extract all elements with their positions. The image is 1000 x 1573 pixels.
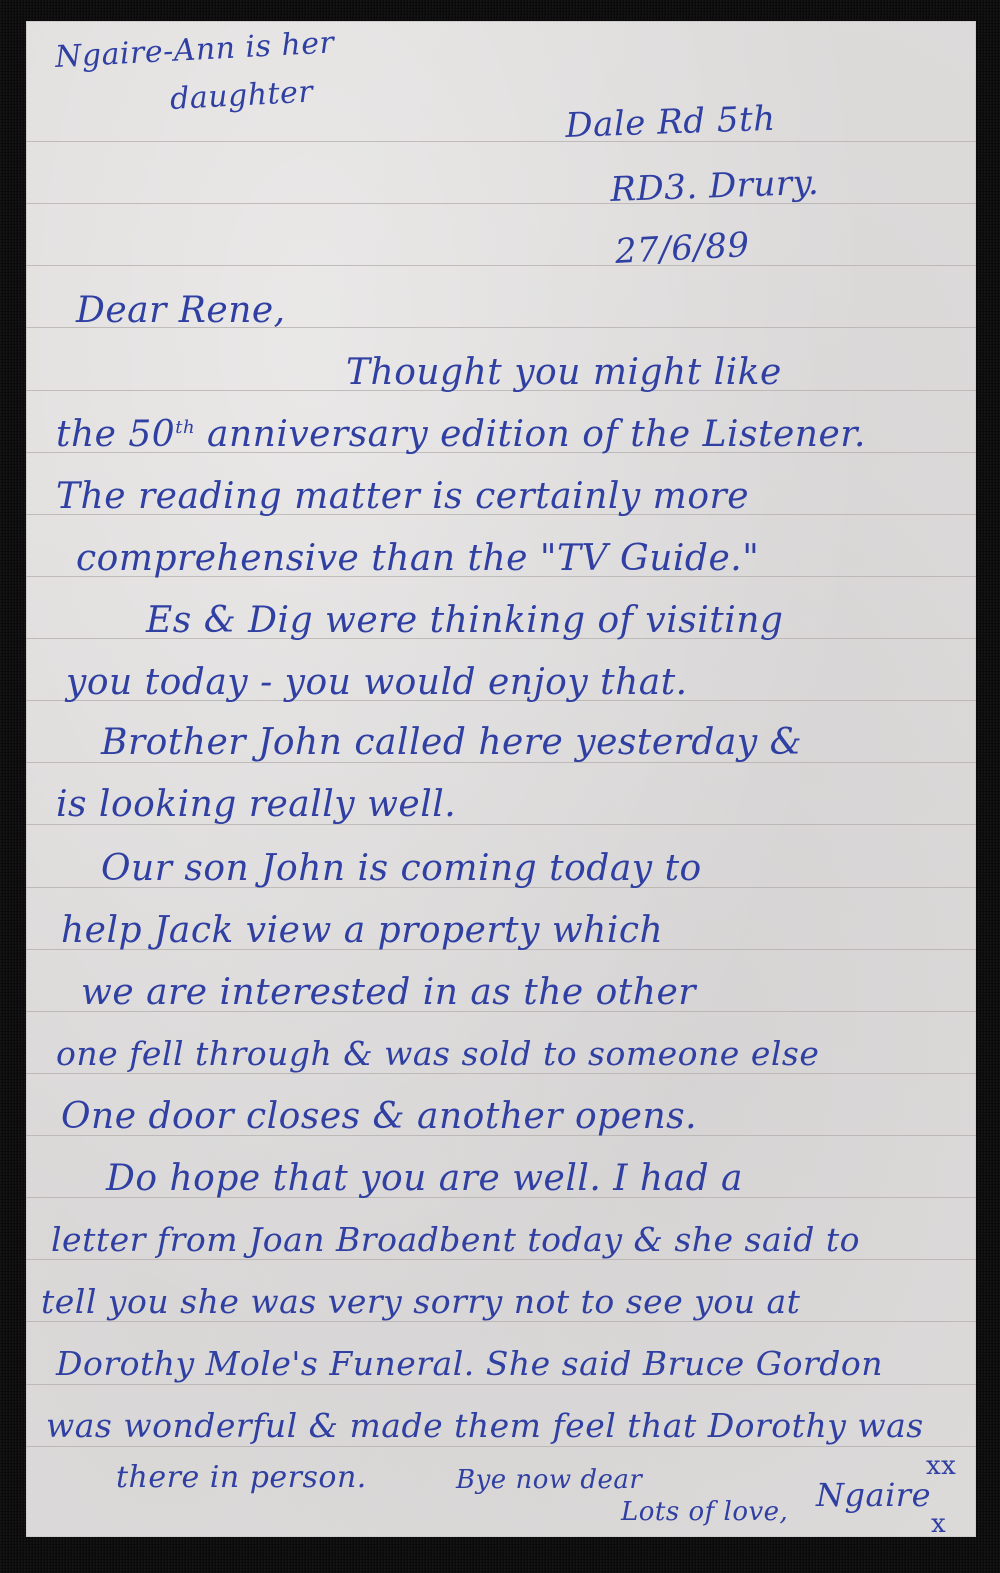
ruled-line [26, 1259, 976, 1260]
address-town: RD3. Drury. [610, 166, 820, 207]
body-line-19: there in person. [116, 1463, 367, 1493]
signature: Ngaire [816, 1479, 931, 1511]
body-line-7: Brother John called here yesterday & [101, 725, 802, 761]
closing-love: Lots of love, [621, 1499, 788, 1525]
ruled-line [26, 203, 976, 204]
margin-note-line-2: daughter [169, 78, 313, 115]
body-line-13: One door closes & another opens. [61, 1099, 697, 1135]
ruled-line [26, 1384, 976, 1385]
body-line-14: Do hope that you are well. I had a [106, 1161, 743, 1197]
letter-date: 27/6/89 [614, 228, 750, 269]
body-line-5: Es & Dig were thinking of visiting [146, 603, 783, 639]
body-line-11: we are interested in as the other [81, 975, 696, 1011]
address-street: Dale Rd 5th [565, 102, 776, 143]
body-line-16: tell you she was very sorry not to see y… [41, 1285, 800, 1318]
margin-note-line-1: Ngaire-Ann is her [54, 28, 335, 73]
ruled-line [26, 141, 976, 142]
body-line-8: is looking really well. [56, 787, 456, 823]
body-line-1: Thought you might like [346, 355, 782, 391]
body-line-9: Our son John is coming today to [101, 851, 702, 887]
ruled-line [26, 265, 976, 266]
body-line-2-start: the 50 [56, 414, 175, 455]
ruled-line [26, 1073, 976, 1074]
body-line-6: you today - you would enjoy that. [66, 665, 688, 701]
body-line-18: was wonderful & made them feel that Doro… [46, 1409, 924, 1442]
body-line-10: help Jack view a property which [61, 913, 663, 949]
closing-bye: Bye now dear [456, 1467, 642, 1493]
ordinal-suffix: th [175, 417, 195, 438]
salutation: Dear Rene, [76, 293, 286, 329]
ruled-line [26, 1321, 976, 1322]
body-line-17: Dorothy Mole's Funeral. She said Bruce G… [56, 1347, 883, 1380]
kiss-bottom: x [931, 1511, 946, 1537]
kisses-top: xx [926, 1453, 956, 1479]
body-line-4: comprehensive than the "TV Guide." [76, 541, 759, 577]
body-line-2-end: anniversary edition of the Listener. [207, 414, 866, 455]
body-line-15: letter from Joan Broadbent today & she s… [51, 1223, 860, 1256]
body-line-12: one fell through & was sold to someone e… [56, 1037, 819, 1070]
body-line-3: The reading matter is certainly more [56, 479, 749, 515]
body-line-2: the 50th anniversary edition of the List… [56, 417, 866, 453]
ruled-line [26, 1446, 976, 1447]
letter-page: Ngaire-Ann is her daughter Dale Rd 5th R… [26, 21, 976, 1537]
